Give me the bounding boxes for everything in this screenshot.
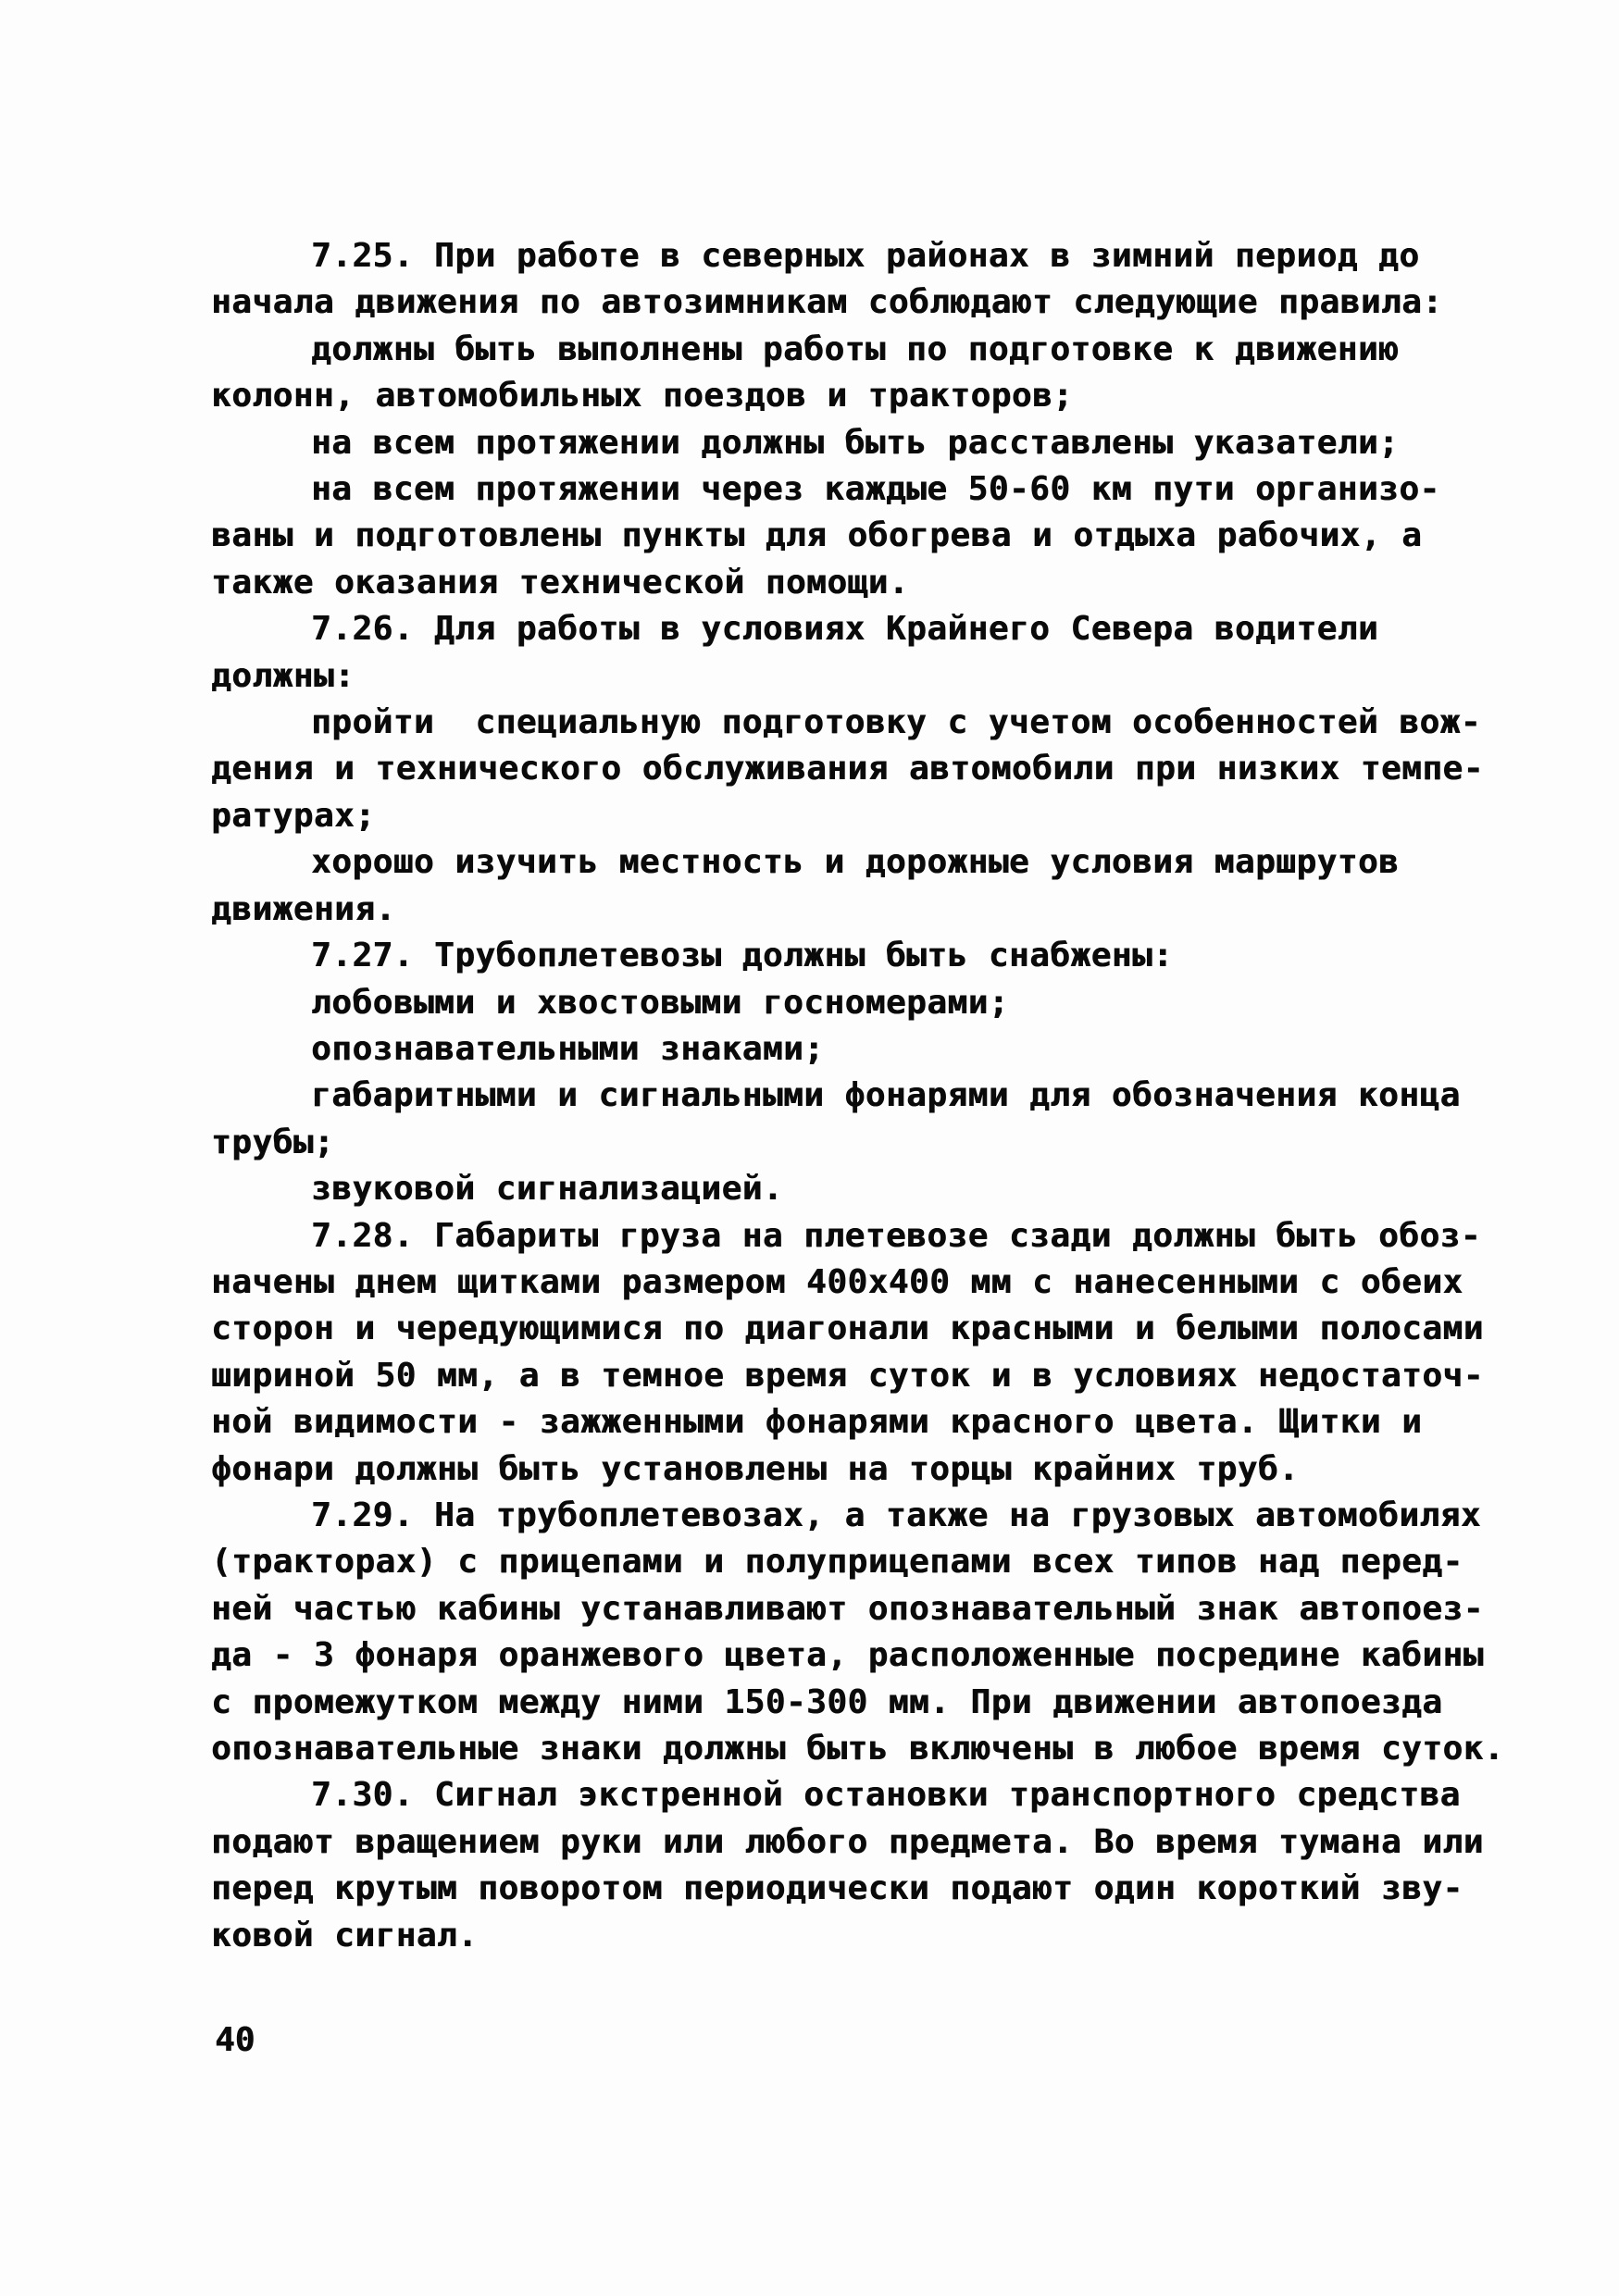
text-line: должны:: [211, 653, 1526, 700]
text-line: подают вращением руки или любого предмет…: [211, 1819, 1526, 1866]
text-line-section-7-29: 7.29. На трубоплетевозах, а также на гру…: [211, 1493, 1526, 1539]
text-line: трубы;: [211, 1120, 1526, 1166]
page-number: 40: [215, 2019, 255, 2062]
text-line: опознавательными знаками;: [211, 1026, 1526, 1073]
text-line: дения и технического обслуживания автомо…: [211, 746, 1526, 792]
text-line: колонн, автомобильных поездов и тракторо…: [211, 373, 1526, 419]
text-line: ваны и подготовлены пункты для обогрева …: [211, 513, 1526, 559]
text-line: сторон и чередующимися по диагонали крас…: [211, 1306, 1526, 1352]
text-line-section-7-27: 7.27. Трубоплетевозы должны быть снабжен…: [211, 933, 1526, 979]
document-page: 7.25. При работе в северных районах в зи…: [0, 0, 1619, 2296]
text-line: также оказания технической помощи.: [211, 560, 1526, 606]
text-line: ной видимости - зажженными фонарями крас…: [211, 1399, 1526, 1446]
text-line: с промежутком между ними 150-300 мм. При…: [211, 1680, 1526, 1726]
text-line: перед крутым поворотом периодически пода…: [211, 1866, 1526, 1912]
text-line: опознавательные знаки должны быть включе…: [211, 1726, 1526, 1772]
text-line: ратурах;: [211, 793, 1526, 839]
text-line: фонари должны быть установлены на торцы …: [211, 1446, 1526, 1493]
text-line: движения.: [211, 887, 1526, 933]
text-line: начены днем щитками размером 400x400 мм …: [211, 1260, 1526, 1306]
text-line: лобовыми и хвостовыми госномерами;: [211, 980, 1526, 1026]
text-line: пройти специальную подготовку с учетом о…: [211, 700, 1526, 746]
text-line-section-7-28: 7.28. Габариты груза на плетевозе сзади …: [211, 1213, 1526, 1260]
text-line: на всем протяжении через каждые 50-60 км…: [211, 466, 1526, 513]
text-line: хорошо изучить местность и дорожные усло…: [211, 839, 1526, 886]
text-line: звуковой сигнализацией.: [211, 1166, 1526, 1212]
text-line-section-7-25: 7.25. При работе в северных районах в зи…: [211, 233, 1526, 279]
text-line: ковой сигнал.: [211, 1913, 1526, 1959]
document-body: 7.25. При работе в северных районах в зи…: [211, 233, 1526, 1959]
text-line-section-7-30: 7.30. Сигнал экстренной остановки трансп…: [211, 1772, 1526, 1818]
text-line: да - 3 фонаря оранжевого цвета, располож…: [211, 1632, 1526, 1679]
text-line: на всем протяжении должны быть расставле…: [211, 420, 1526, 466]
text-line: шириной 50 мм, а в темное время суток и …: [211, 1353, 1526, 1399]
text-line-section-7-26: 7.26. Для работы в условиях Крайнего Сев…: [211, 606, 1526, 652]
text-line: начала движения по автозимникам соблюдаю…: [211, 279, 1526, 326]
text-line: ней частью кабины устанавливают опознава…: [211, 1586, 1526, 1632]
text-line: должны быть выполнены работы по подготов…: [211, 327, 1526, 373]
text-line: (тракторах) с прицепами и полуприцепами …: [211, 1539, 1526, 1585]
text-line: габаритными и сигнальными фонарями для о…: [211, 1073, 1526, 1119]
